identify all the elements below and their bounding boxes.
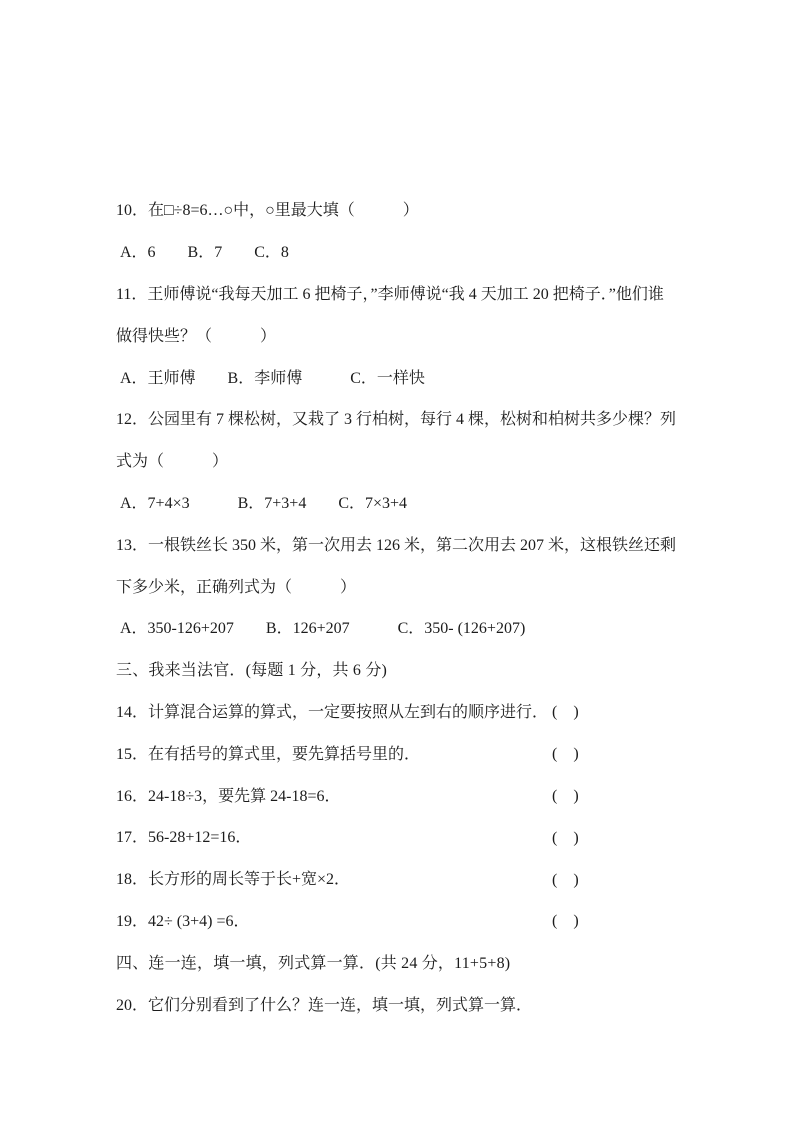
- q18-statement: 18．长方形的周长等于长+宽×2．( ): [116, 857, 716, 899]
- q10-stem-text: 10．在□÷8=6…○中，○里最大填（ ）: [116, 197, 419, 220]
- q13-stem-line1: 13．一根铁丝长 350 米，第一次用去 126 米，第二次用去 207 米，这…: [116, 522, 716, 564]
- q19-statement: 19．42÷ (3+4) =6．( ): [116, 899, 716, 941]
- q12-stem-line1: 12．公园里有 7 棵松树，又栽了 3 行柏树，每行 4 棵，松树和柏树共多少棵…: [116, 397, 716, 439]
- q16-statement: 16．24-18÷3，要先算 24-18=6．( ): [116, 773, 716, 815]
- q11-stem-line1: 11．王师傅说“我每天加工 6 把椅子，”李师傅说“我 4 天加工 20 把椅子…: [116, 272, 716, 314]
- q12-stem-line2: 式为（ ）: [116, 439, 716, 481]
- q12-options: A．7+4×3 B．7+3+4 C．7×3+4: [116, 481, 716, 523]
- q15-statement: 15．在有括号的算式里，要先算括号里的．( ): [116, 731, 716, 773]
- q20-stem-text: 20．它们分别看到了什么？连一连，填一填，列式算一算．: [116, 992, 532, 1015]
- q13-options-text: A．350-126+207 B．126+207 C．350- (126+207): [120, 615, 525, 638]
- q18-statement-answer-blank: ( ): [552, 866, 579, 889]
- q15-statement-answer-blank: ( ): [552, 741, 579, 764]
- section-4-header-text: 四、连一连，填一填，列式算一算．(共 24 分，11+5+8): [116, 950, 510, 973]
- q14-statement-answer-blank: ( ): [552, 699, 579, 722]
- q16-statement-answer-blank: ( ): [552, 783, 579, 806]
- q14-statement: 14．计算混合运算的算式，一定要按照从左到右的顺序进行．( ): [116, 690, 716, 732]
- q18-statement-text: 18．长方形的周长等于长+宽×2．: [116, 866, 350, 889]
- q12-stem-line1-text: 12．公园里有 7 棵松树，又栽了 3 行柏树，每行 4 棵，松树和柏树共多少棵…: [116, 406, 676, 429]
- worksheet-content: 10．在□÷8=6…○中，○里最大填（ ）A．6 B．7 C．811．王师傅说“…: [116, 188, 716, 1024]
- q13-stem-line2-text: 下多少米，正确列式为（ ）: [116, 574, 356, 597]
- q19-statement-answer-blank: ( ): [552, 908, 579, 931]
- q17-statement-answer-blank: ( ): [552, 824, 579, 847]
- section-3-header: 三、我来当法官．(每题 1 分，共 6 分): [116, 648, 716, 690]
- section-3-header-text: 三、我来当法官．(每题 1 分，共 6 分): [116, 657, 387, 680]
- q11-options: A．王师傅 B．李师傅 C．一样快: [116, 355, 716, 397]
- worksheet-page: 10．在□÷8=6…○中，○里最大填（ ）A．6 B．7 C．811．王师傅说“…: [0, 0, 793, 1122]
- q16-statement-text: 16．24-18÷3，要先算 24-18=6．: [116, 783, 340, 806]
- section-4-header: 四、连一连，填一填，列式算一算．(共 24 分，11+5+8): [116, 940, 716, 982]
- q15-statement-text: 15．在有括号的算式里，要先算括号里的．: [116, 741, 420, 764]
- q19-statement-text: 19．42÷ (3+4) =6．: [116, 908, 250, 931]
- q10-options: A．6 B．7 C．8: [116, 230, 716, 272]
- q12-stem-line2-text: 式为（ ）: [116, 448, 228, 471]
- q13-stem-line2: 下多少米，正确列式为（ ）: [116, 564, 716, 606]
- q17-statement-text: 17．56-28+12=16．: [116, 824, 251, 847]
- q11-stem-line1-text: 11．王师傅说“我每天加工 6 把椅子，”李师傅说“我 4 天加工 20 把椅子…: [116, 281, 664, 304]
- q10-options-text: A．6 B．7 C．8: [120, 239, 289, 262]
- q14-statement-text: 14．计算混合运算的算式，一定要按照从左到右的顺序进行．: [116, 699, 548, 722]
- q11-stem-line2-text: 做得快些？（ ）: [116, 323, 276, 346]
- q13-options: A．350-126+207 B．126+207 C．350- (126+207): [116, 606, 716, 648]
- q11-stem-line2: 做得快些？（ ）: [116, 313, 716, 355]
- q12-options-text: A．7+4×3 B．7+3+4 C．7×3+4: [120, 490, 407, 513]
- q20-stem: 20．它们分别看到了什么？连一连，填一填，列式算一算．: [116, 982, 716, 1024]
- q17-statement: 17．56-28+12=16．( ): [116, 815, 716, 857]
- q10-stem: 10．在□÷8=6…○中，○里最大填（ ）: [116, 188, 716, 230]
- q11-options-text: A．王师傅 B．李师傅 C．一样快: [120, 365, 425, 388]
- q13-stem-line1-text: 13．一根铁丝长 350 米，第一次用去 126 米，第二次用去 207 米，这…: [116, 532, 676, 555]
